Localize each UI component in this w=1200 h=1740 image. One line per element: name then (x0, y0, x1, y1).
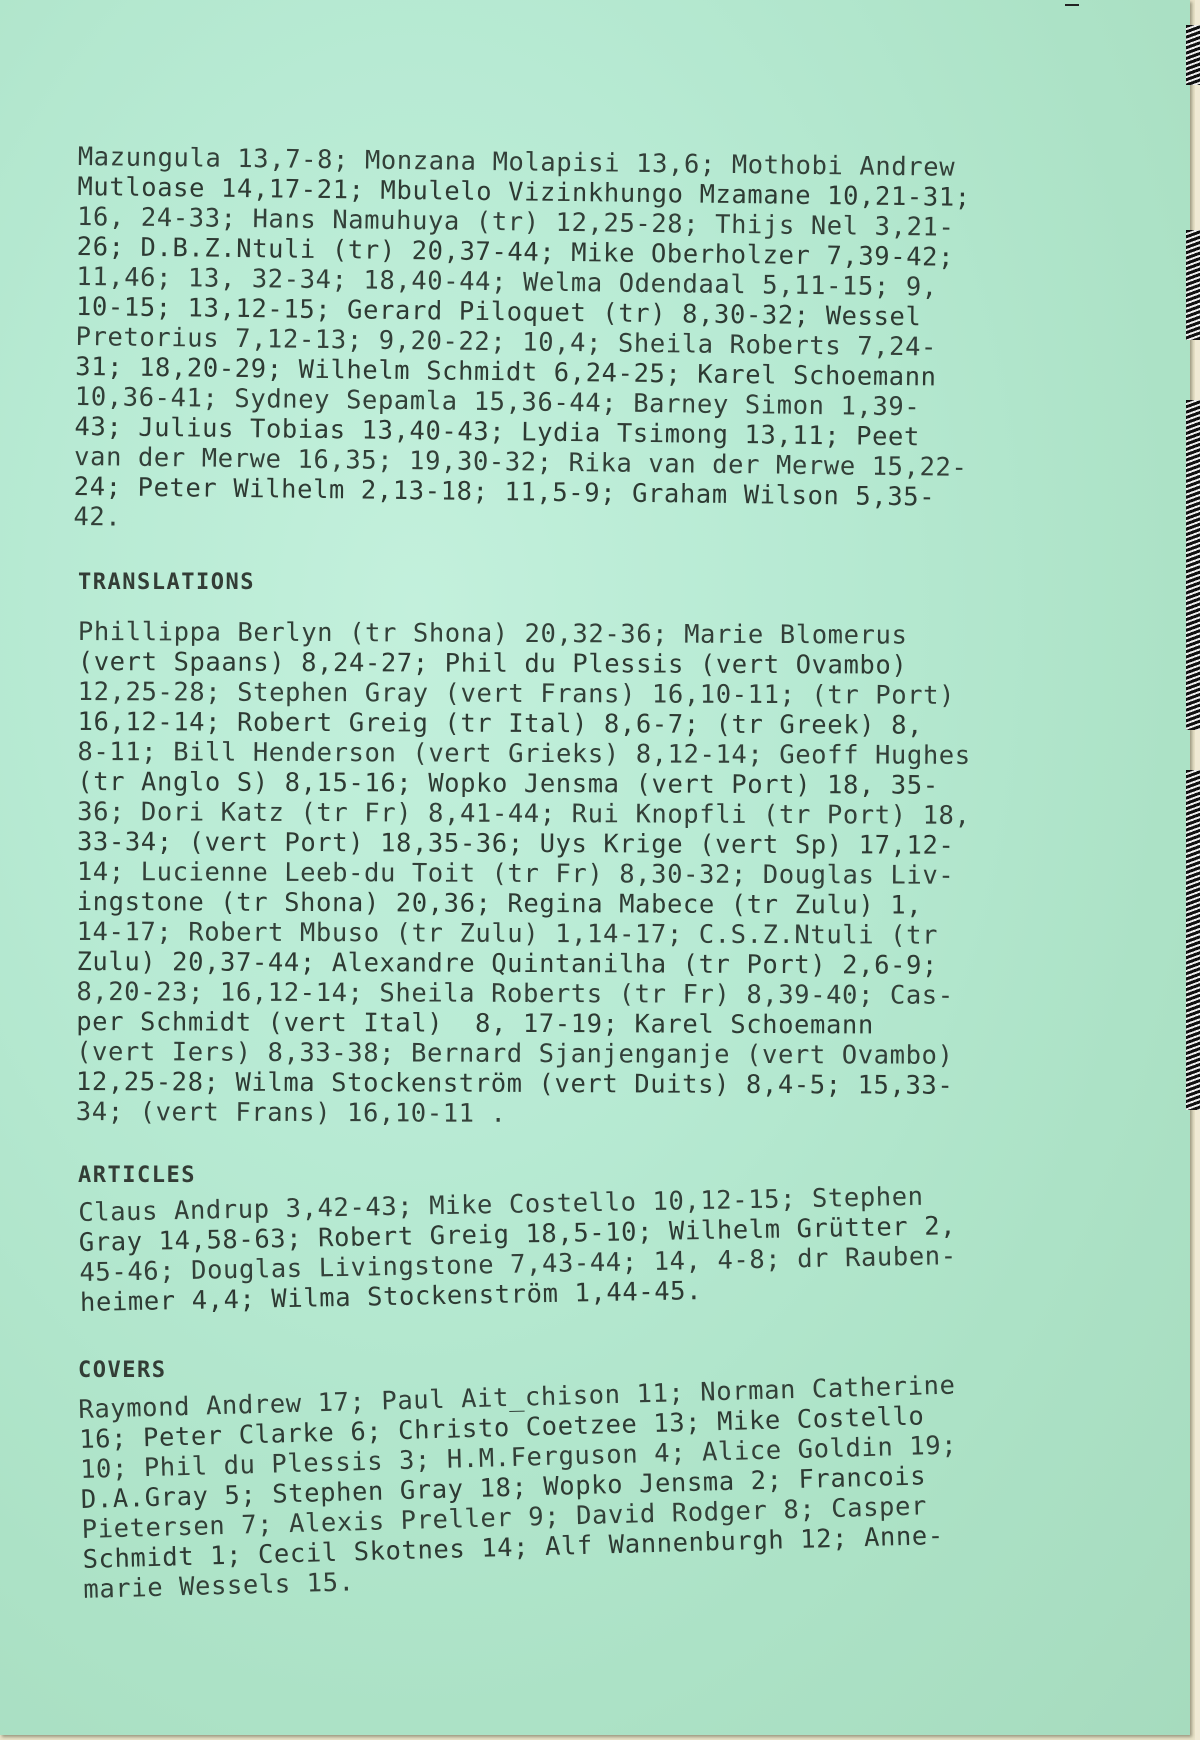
text-line: 14; Lucienne Leeb-du Toit (tr Fr) 8,30-3… (77, 857, 1067, 891)
text-line: 34; (vert Frans) 16,10-11 . (76, 1097, 1066, 1131)
text-line: 36; Dori Katz (tr Fr) 8,41-44; Rui Knopf… (77, 797, 1067, 831)
text-line: Zulu) 20,37-44; Alexandre Quintanilha (t… (76, 947, 1066, 981)
text-line: 8,20-23; 16,12-14; Sheila Roberts (tr Fr… (76, 977, 1066, 1011)
document-page: Mazungula 13,7-8; Monzana Molapisi 13,6;… (0, 0, 1190, 1735)
adjacent-page-artwork (1186, 230, 1200, 340)
translations-heading: TRANSLATIONS (78, 570, 1068, 595)
adjacent-page-artwork (1186, 25, 1200, 85)
text-line: (vert Spaans) 8,24-27; Phil du Plessis (… (78, 647, 1068, 681)
text-line: (vert Iers) 8,33-38; Bernard Sjanjenganj… (76, 1037, 1066, 1071)
text-line: ingstone (tr Shona) 20,36; Regina Mabece… (77, 887, 1067, 921)
adjacent-page-artwork (1186, 770, 1200, 1110)
text-line: 14-17; Robert Mbuso (tr Zulu) 1,14-17; C… (77, 917, 1067, 951)
text-line: per Schmidt (vert Ital) 8, 17-19; Karel … (76, 1007, 1066, 1041)
contributors-section: Mazungula 13,7-8; Monzana Molapisi 13,6;… (73, 142, 1068, 544)
covers-section: Raymond Andrew 17; Paul Ait_chison 11; N… (78, 1367, 1073, 1605)
text-line: 12,25-28; Stephen Gray (vert Frans) 16,1… (78, 677, 1068, 711)
text-line: 12,25-28; Wilma Stockenström (vert Duits… (76, 1067, 1066, 1101)
articles-section: Claus Andrup 3,42-43; Mike Costello 10,1… (78, 1179, 1070, 1318)
index-content: Mazungula 13,7-8; Monzana Molapisi 13,6;… (78, 142, 1068, 1605)
text-line: (tr Anglo S) 8,15-16; Wopko Jensma (vert… (77, 767, 1067, 801)
text-line: 8-11; Bill Henderson (vert Grieks) 8,12-… (77, 737, 1067, 771)
page-mark (1065, 4, 1079, 6)
adjacent-page-artwork (1186, 400, 1200, 730)
text-line: Phillippa Berlyn (tr Shona) 20,32-36; Ma… (78, 617, 1068, 651)
text-line: 33-34; (vert Port) 18,35-36; Uys Krige (… (77, 827, 1067, 861)
translations-section: Phillippa Berlyn (tr Shona) 20,32-36; Ma… (76, 617, 1068, 1131)
text-line: 16,12-14; Robert Greig (tr Ital) 8,6-7; … (77, 707, 1067, 741)
